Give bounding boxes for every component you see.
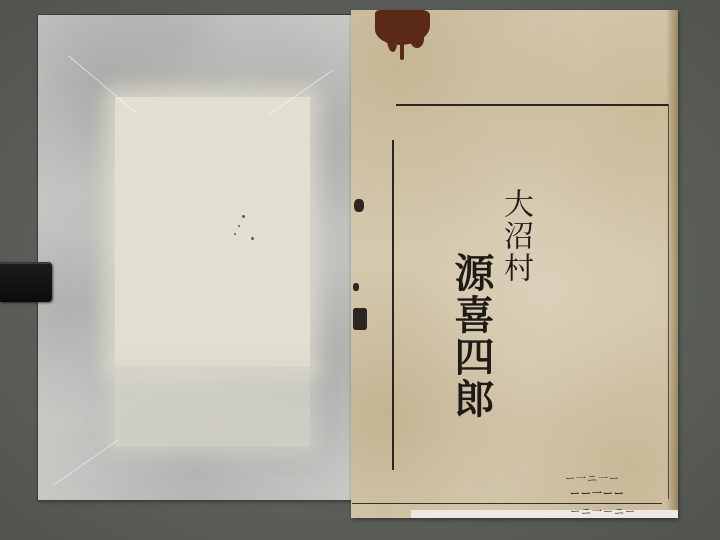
paper-speck bbox=[242, 215, 245, 218]
cover-border-right bbox=[668, 104, 669, 499]
stain-drip bbox=[410, 30, 424, 48]
ink-blot bbox=[353, 308, 367, 330]
bottom-mark-2: ーー一ーー bbox=[570, 485, 625, 500]
village-name-inscription: 大沼村 bbox=[498, 188, 532, 284]
ink-blot bbox=[354, 199, 364, 212]
paper-speck bbox=[238, 225, 240, 227]
cover-border-left bbox=[392, 140, 394, 470]
stain-drip bbox=[387, 30, 397, 52]
person-name-inscription: 源喜四郎 bbox=[449, 252, 493, 420]
paper-speck bbox=[251, 237, 254, 240]
paper-speck bbox=[234, 233, 236, 235]
bottom-mark-1: ー一ニ一ー bbox=[565, 470, 620, 485]
book-clip-highlight bbox=[0, 262, 50, 264]
book-clip bbox=[0, 262, 52, 302]
stain-drip bbox=[400, 30, 404, 60]
tissue-inner-panel-lower bbox=[115, 367, 310, 447]
tissue-inner-panel bbox=[115, 97, 310, 367]
bottom-mark-3: ーニ一ーニー bbox=[570, 503, 636, 518]
ink-blot bbox=[353, 283, 359, 291]
left-tissue-page bbox=[38, 15, 353, 500]
cover-border-top bbox=[396, 104, 669, 106]
page-bottom-edge bbox=[411, 510, 678, 518]
